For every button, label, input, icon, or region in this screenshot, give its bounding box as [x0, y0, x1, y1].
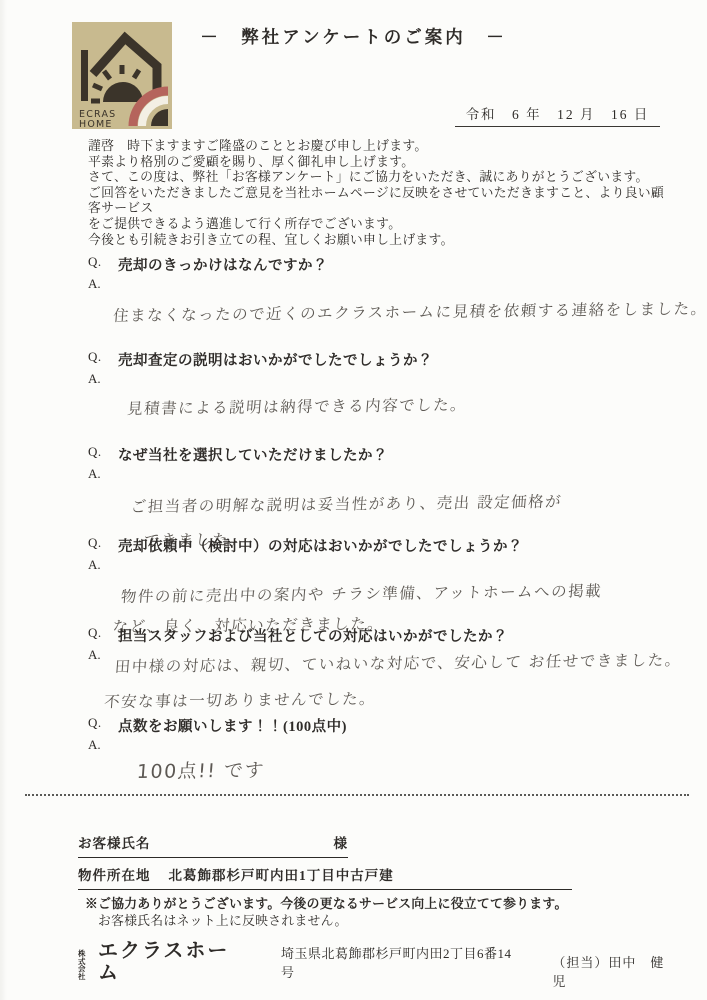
- company-name: エクラスホーム: [98, 939, 251, 983]
- customer-name-label: お客様氏名: [78, 832, 151, 852]
- q-label: Q.: [88, 349, 118, 370]
- qa-block-6: Q. 点数をお願いします！！(100点中) A. 100点!! です: [88, 715, 678, 784]
- property-label: 物件所在地: [78, 864, 151, 884]
- question-row: Q. 担当スタッフおよび当社としての対応はいかがでしたか？: [88, 625, 678, 646]
- greeting-line: ご回答をいただきましたご意見を当社ホームページに反映をさせていただきますこと、よ…: [88, 186, 673, 217]
- q-label: Q.: [88, 444, 118, 465]
- staff-in-charge: （担当）田中 健児: [552, 952, 678, 990]
- handwritten-line: 100点!! です: [136, 750, 678, 784]
- question-text: 売却査定の説明はおいかがでしたでしょうか？: [118, 349, 433, 370]
- question-text: 点数をお願いします！！(100点中): [118, 715, 347, 736]
- greeting-line: をご提供できるよう邁進して行く所存でございます。: [88, 217, 673, 233]
- question-text: 売却依頼中（検討中）の対応はおいかがでしたでしょうか？: [118, 535, 523, 556]
- scan-edge-shadow: [0, 0, 7, 1000]
- document-date: 令和 6 年 12 月 16 日: [455, 103, 660, 127]
- customer-name-field: お客様氏名 様: [78, 832, 348, 858]
- handwritten-line: 見積書による説明は納得できる内容でした。: [126, 390, 678, 419]
- question-row: Q. なぜ当社を選択していただけましたか？: [88, 444, 678, 465]
- handwritten-answer: 住まなくなったので近くのエクラスホームに見積を依頼する連絡をしました。: [112, 297, 678, 326]
- q-label: Q.: [88, 715, 118, 736]
- customer-name-suffix: 様: [334, 832, 349, 852]
- company-prefix-top: 株式: [78, 950, 95, 965]
- question-row: Q. 売却依頼中（検討中）の対応はおいかがでしたでしょうか？: [88, 535, 678, 556]
- greeting-paragraph: 謹啓 時下ますますご隆盛のこととお慶び申し上げます。 平素より格別のご愛顧を賜り…: [88, 139, 673, 248]
- handwritten-line: 田中様の対応は、親切、ていねいな対応で、安心して お任せできました。: [113, 643, 678, 685]
- question-text: 売却のきっかけはなんですか？: [118, 254, 328, 275]
- a-label: A.: [88, 466, 678, 482]
- q-label: Q.: [88, 254, 118, 275]
- question-text: 担当スタッフおよび当社としての対応はいかがでしたか？: [118, 625, 508, 646]
- property-location-field: 物件所在地 北葛飾郡杉戸町内田1丁目中古戸建: [78, 864, 572, 890]
- q-label: Q.: [88, 625, 118, 646]
- company-prefix: 株式 会社: [78, 950, 95, 983]
- handwritten-answer: 田中様の対応は、親切、ていねいな対応で、安心して お任せできました。 不安な事は…: [111, 643, 678, 720]
- note-line: お客様氏名はネット上に反映されません。: [98, 913, 645, 930]
- handwritten-line: 住まなくなったので近くのエクラスホームに見積を依頼する連絡をしました。: [112, 297, 678, 326]
- handwritten-answer: 見積書による説明は納得できる内容でした。: [126, 390, 678, 419]
- greeting-line: さて、この度は、弊社「お客様アンケート」にご協力をいただき、誠にありがとうござい…: [88, 170, 673, 186]
- question-row: Q. 売却査定の説明はおいかがでしたでしょうか？: [88, 349, 678, 370]
- property-value: 北葛飾郡杉戸町内田1丁目中古戸建: [169, 864, 394, 884]
- qa-block-1: Q. 売却のきっかけはなんですか？ A. 住まなくなったので近くのエクラスホーム…: [88, 254, 678, 326]
- handwritten-answer: 100点!! です: [136, 750, 678, 784]
- note-line: ※ご協力ありがとうございます。今後の更なるサービス向上に役立てて参ります。: [85, 896, 645, 913]
- company-info-row: 株式 会社 エクラスホーム 埼玉県北葛飾郡杉戸町内田2丁目6番14号 （担当）田…: [78, 939, 678, 983]
- page-title: － 弊社アンケートのご案内 －: [0, 24, 707, 49]
- greeting-line: 謹啓 時下ますますご隆盛のこととお慶び申し上げます。: [88, 139, 673, 155]
- footer-notes: ※ご協力ありがとうございます。今後の更なるサービス向上に役立てて参ります。 お客…: [85, 896, 645, 930]
- question-row: Q. 売却のきっかけはなんですか？: [88, 254, 678, 275]
- q-label: Q.: [88, 535, 118, 556]
- qa-block-2: Q. 売却査定の説明はおいかがでしたでしょうか？ A. 見積書による説明は納得で…: [88, 349, 678, 419]
- greeting-line: 今後とも引続きお引き立ての程、宜しくお願い申し上げます。: [88, 233, 673, 249]
- company-address: 埼玉県北葛飾郡杉戸町内田2丁目6番14号: [281, 943, 524, 983]
- greeting-line: 平素より格別のご愛顧を賜り、厚く御礼申し上げます。: [88, 155, 673, 171]
- survey-document-page: ECRAS HOME － 弊社アンケートのご案内 － 令和 6 年 12 月 1…: [0, 0, 707, 1000]
- a-label: A.: [88, 371, 678, 387]
- a-label: A.: [88, 276, 678, 292]
- handwritten-line: 不安な事は一切ありませんでした。: [103, 678, 676, 720]
- question-text: なぜ当社を選択していただけましたか？: [118, 444, 388, 465]
- logo-text-home: HOME: [79, 119, 113, 129]
- company-prefix-bottom: 会社: [78, 965, 95, 980]
- question-row: Q. 点数をお願いします！！(100点中): [88, 715, 678, 736]
- qa-block-5: Q. 担当スタッフおよび当社としての対応はいかがでしたか？ A. 田中様の対応は…: [88, 625, 678, 720]
- a-label: A.: [88, 557, 678, 573]
- dotted-divider: [25, 794, 689, 796]
